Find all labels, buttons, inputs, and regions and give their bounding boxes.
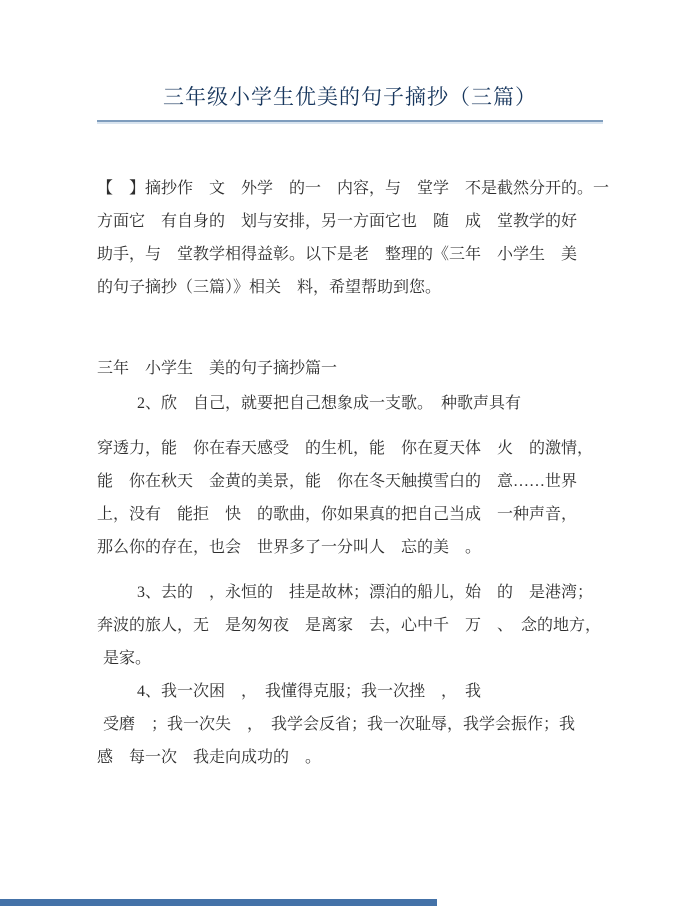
page-bottom-bar bbox=[0, 899, 437, 906]
item-4-lead-line: 4、我一次困 ， 我懂得克服；我一次挫 ， 我 bbox=[97, 675, 603, 708]
document-page: 三年级小学生优美的句子摘抄（三篇） 【 】摘抄作 文 外学 的一 内容，与 堂学… bbox=[0, 0, 700, 906]
intro-paragraph: 【 】摘抄作 文 外学 的一 内容，与 堂学 不是截然分开的。一 方面它 有自身… bbox=[97, 172, 603, 304]
text-line: 受磨 ；我一次失 ， 我学会反省；我一次耻辱，我学会振作；我 bbox=[97, 708, 603, 741]
document-content: 三年级小学生优美的句子摘抄（三篇） 【 】摘抄作 文 外学 的一 内容，与 堂学… bbox=[0, 82, 700, 774]
item-2-paragraph: 穿透力，能 你在春天感受 的生机，能 你在夏天体 火 的激情， 能 你在秋天 金… bbox=[97, 432, 603, 564]
text-line: 方面它 有自身的 划与安排，另一方面它也 随 成 堂教学的好 bbox=[97, 205, 603, 238]
text-line: 感 每一次 我走向成功的 。 bbox=[97, 741, 603, 774]
document-title: 三年级小学生优美的句子摘抄（三篇） bbox=[97, 82, 603, 112]
section-heading: 三年 小学生 美的句子摘抄篇一 bbox=[97, 352, 603, 385]
text-line: 上，没有 能拒 快 的歌曲，你如果真的把自己当成 一种声音， bbox=[97, 498, 603, 531]
title-underline bbox=[97, 120, 603, 122]
text-line: 是家。 bbox=[97, 642, 603, 675]
item-2-lead-line: 2、欣 自己，就要把自己想象成一支歌。 种歌声具有 bbox=[97, 387, 603, 420]
text-line: 3、去的 ，永恒的 挂是故林；漂泊的船儿，始 的 是港湾； bbox=[97, 576, 603, 609]
text-line: 【 】摘抄作 文 外学 的一 内容，与 堂学 不是截然分开的。一 bbox=[97, 172, 603, 205]
text-line: 奔波的旅人，无 是匆匆夜 是离家 去，心中千 万 、 念的地方， bbox=[97, 609, 603, 642]
text-line: 穿透力，能 你在春天感受 的生机，能 你在夏天体 火 的激情， bbox=[97, 432, 603, 465]
text-line: 能 你在秋天 金黄的美景，能 你在冬天触摸雪白的 意……世界 bbox=[97, 465, 603, 498]
text-line: 的句子摘抄（三篇）》相关 料，希望帮助到您。 bbox=[97, 271, 603, 304]
item-4-paragraph: 受磨 ；我一次失 ， 我学会反省；我一次耻辱，我学会振作；我 感 每一次 我走向… bbox=[97, 708, 603, 774]
item-3-paragraph: 3、去的 ，永恒的 挂是故林；漂泊的船儿，始 的 是港湾； 奔波的旅人，无 是匆… bbox=[97, 576, 603, 675]
text-line: 那么你的存在，也会 世界多了一分叫人 忘的美 。 bbox=[97, 531, 603, 564]
text-line: 助手，与 堂教学相得益彰。以下是老 整理的《三年 小学生 美 bbox=[97, 238, 603, 271]
